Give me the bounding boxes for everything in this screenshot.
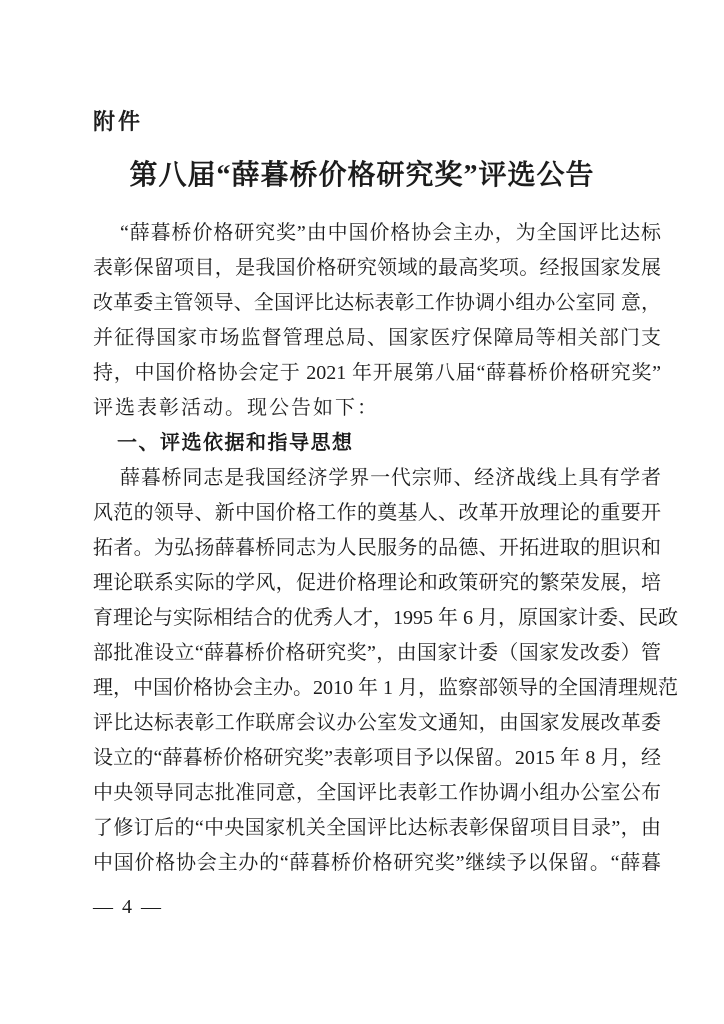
- section-heading: 一、评选依据和指导思想: [93, 426, 661, 461]
- text-line: 薛暮桥同志是我国经济学界一代宗师、经济战线上具有学者: [93, 461, 661, 496]
- text-line: 表彰保留项目，是我国价格研究领域的最高奖项。经报国家发展: [93, 251, 661, 286]
- text-line: 并征得国家市场监督管理总局、国家医疗保障局等相关部门支: [93, 321, 661, 356]
- document-page: 附件 第八届“薛暮桥价格研究奖”评选公告 “薛暮桥价格研究奖”由中国价格协会主办…: [0, 0, 724, 1024]
- text-line: 理论联系实际的学风，促进价格理论和政策研究的繁荣发展，培: [93, 566, 661, 601]
- text-line: “薛暮桥价格研究奖”由中国价格协会主办，为全国评比达标: [93, 216, 661, 251]
- text-line: 评比达标表彰工作联席会议办公室发文通知，由国家发展改革委: [93, 706, 661, 741]
- text-line: 中国价格协会主办的“薛暮桥价格研究奖”继续予以保留。“薛暮: [93, 846, 661, 881]
- document-body: “薛暮桥价格研究奖”由中国价格协会主办，为全国评比达标 表彰保留项目，是我国价格…: [93, 216, 661, 881]
- paragraph-1: “薛暮桥价格研究奖”由中国价格协会主办，为全国评比达标 表彰保留项目，是我国价格…: [93, 216, 661, 426]
- text-line: 拓者。为弘扬薛暮桥同志为人民服务的品德、开拓进取的胆识和: [93, 531, 661, 566]
- text-line: 风范的领导、新中国价格工作的奠基人、改革开放理论的重要开: [93, 496, 661, 531]
- page-number: — 4 —: [93, 896, 163, 919]
- document-title: 第八届“薛暮桥价格研究奖”评选公告: [0, 153, 724, 193]
- text-line: 设立的“薛暮桥价格研究奖”表彰项目予以保留。2015 年 8 月，经: [93, 741, 661, 776]
- text-line: 理，中国价格协会主办。2010 年 1 月，监察部领导的全国清理规范: [93, 671, 661, 706]
- paragraph-2: 薛暮桥同志是我国经济学界一代宗师、经济战线上具有学者 风范的领导、新中国价格工作…: [93, 461, 661, 881]
- text-line: 评选表彰活动。现公告如下：: [93, 391, 661, 426]
- attachment-label: 附件: [93, 105, 143, 136]
- text-line: 部批准设立“薛暮桥价格研究奖”，由国家计委（国家发改委）管: [93, 636, 661, 671]
- text-line: 育理论与实际相结合的优秀人才，1995 年 6 月，原国家计委、民政: [93, 601, 661, 636]
- text-line: 改革委主管领导、全国评比达标表彰工作协调小组办公室同 意，: [93, 286, 661, 321]
- text-line: 持，中国价格协会定于 2021 年开展第八届“薛暮桥价格研究奖”: [93, 356, 661, 391]
- text-line: 中央领导同志批准同意，全国评比表彰工作协调小组办公室公布: [93, 776, 661, 811]
- text-line: 了修订后的“中央国家机关全国评比达标表彰保留项目目录”，由: [93, 811, 661, 846]
